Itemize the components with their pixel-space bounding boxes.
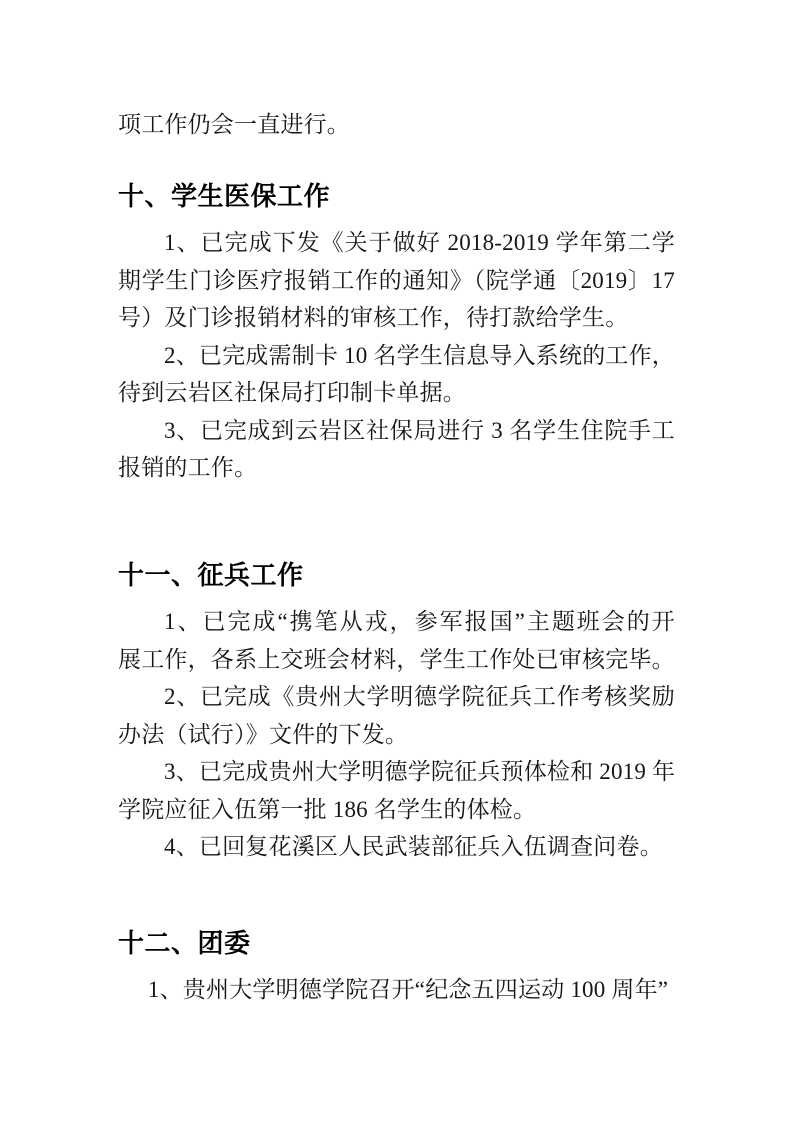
paragraph: 2、已完成需制卡 10 名学生信息导入系统的工作，待到云岩区社保局打印制卡单据。 <box>118 337 675 412</box>
paragraph-line: 1、已完成“携笔从戎，参军报国”主题班会的开 <box>118 603 675 641</box>
section: 十二、团委1、贵州大学明德学院召开“纪念五四运动 100 周年” <box>118 927 675 1009</box>
paragraph-line: 报销的工作。 <box>118 449 675 487</box>
paragraph-line: 待到云岩区社保局打印制卡单据。 <box>118 374 675 412</box>
paragraph-line: 号）及门诊报销材料的审核工作，待打款给学生。 <box>118 299 675 337</box>
paragraph-line: 2、已完成《贵州大学明德学院征兵工作考核奖励 <box>118 678 675 716</box>
paragraph-line: 3、已完成到云岩区社保局进行 3 名学生住院手工 <box>118 412 675 450</box>
paragraph-line: 展工作，各系上交班会材料，学生工作处已审核完毕。 <box>118 641 675 679</box>
section-heading: 十、学生医保工作 <box>118 180 675 213</box>
paragraph-line: 3、已完成贵州大学明德学院征兵预体检和 2019 年 <box>118 753 675 791</box>
paragraph: 1、贵州大学明德学院召开“纪念五四运动 100 周年” <box>118 971 675 1009</box>
paragraph: 3、已完成到云岩区社保局进行 3 名学生住院手工报销的工作。 <box>118 412 675 487</box>
section-heading: 十一、征兵工作 <box>118 559 675 592</box>
paragraph: 2、已完成《贵州大学明德学院征兵工作考核奖励办法（试行）》文件的下发。 <box>118 678 675 753</box>
section-heading: 十二、团委 <box>118 927 675 960</box>
paragraph-line: 1、已完成下发《关于做好 2018-2019 学年第二学 <box>118 224 675 262</box>
paragraph-line: 期学生门诊医疗报销工作的通知》（院学通〔2019〕17 <box>118 262 675 300</box>
paragraph-line: 学院应征入伍第一批 186 名学生的体检。 <box>118 791 675 829</box>
paragraph: 3、已完成贵州大学明德学院征兵预体检和 2019 年学院应征入伍第一批 186 … <box>118 753 675 828</box>
section: 十一、征兵工作1、已完成“携笔从戎，参军报国”主题班会的开展工作，各系上交班会材… <box>118 559 675 866</box>
section: 十、学生医保工作1、已完成下发《关于做好 2018-2019 学年第二学期学生门… <box>118 180 675 487</box>
continuation-paragraph: 项工作仍会一直进行。 <box>118 106 675 144</box>
paragraph: 4、已回复花溪区人民武装部征兵入伍调查问卷。 <box>118 828 675 866</box>
paragraph-line: 办法（试行）》文件的下发。 <box>118 716 675 754</box>
paragraph: 1、已完成下发《关于做好 2018-2019 学年第二学期学生门诊医疗报销工作的… <box>118 224 675 337</box>
document-page: 项工作仍会一直进行。 十、学生医保工作1、已完成下发《关于做好 2018-201… <box>0 0 793 1122</box>
paragraph-line: 1、贵州大学明德学院召开“纪念五四运动 100 周年” <box>118 971 675 1009</box>
paragraph-line: 2、已完成需制卡 10 名学生信息导入系统的工作， <box>118 337 675 375</box>
paragraph-line: 4、已回复花溪区人民武装部征兵入伍调查问卷。 <box>118 828 675 866</box>
paragraph: 1、已完成“携笔从戎，参军报国”主题班会的开展工作，各系上交班会材料，学生工作处… <box>118 603 675 678</box>
